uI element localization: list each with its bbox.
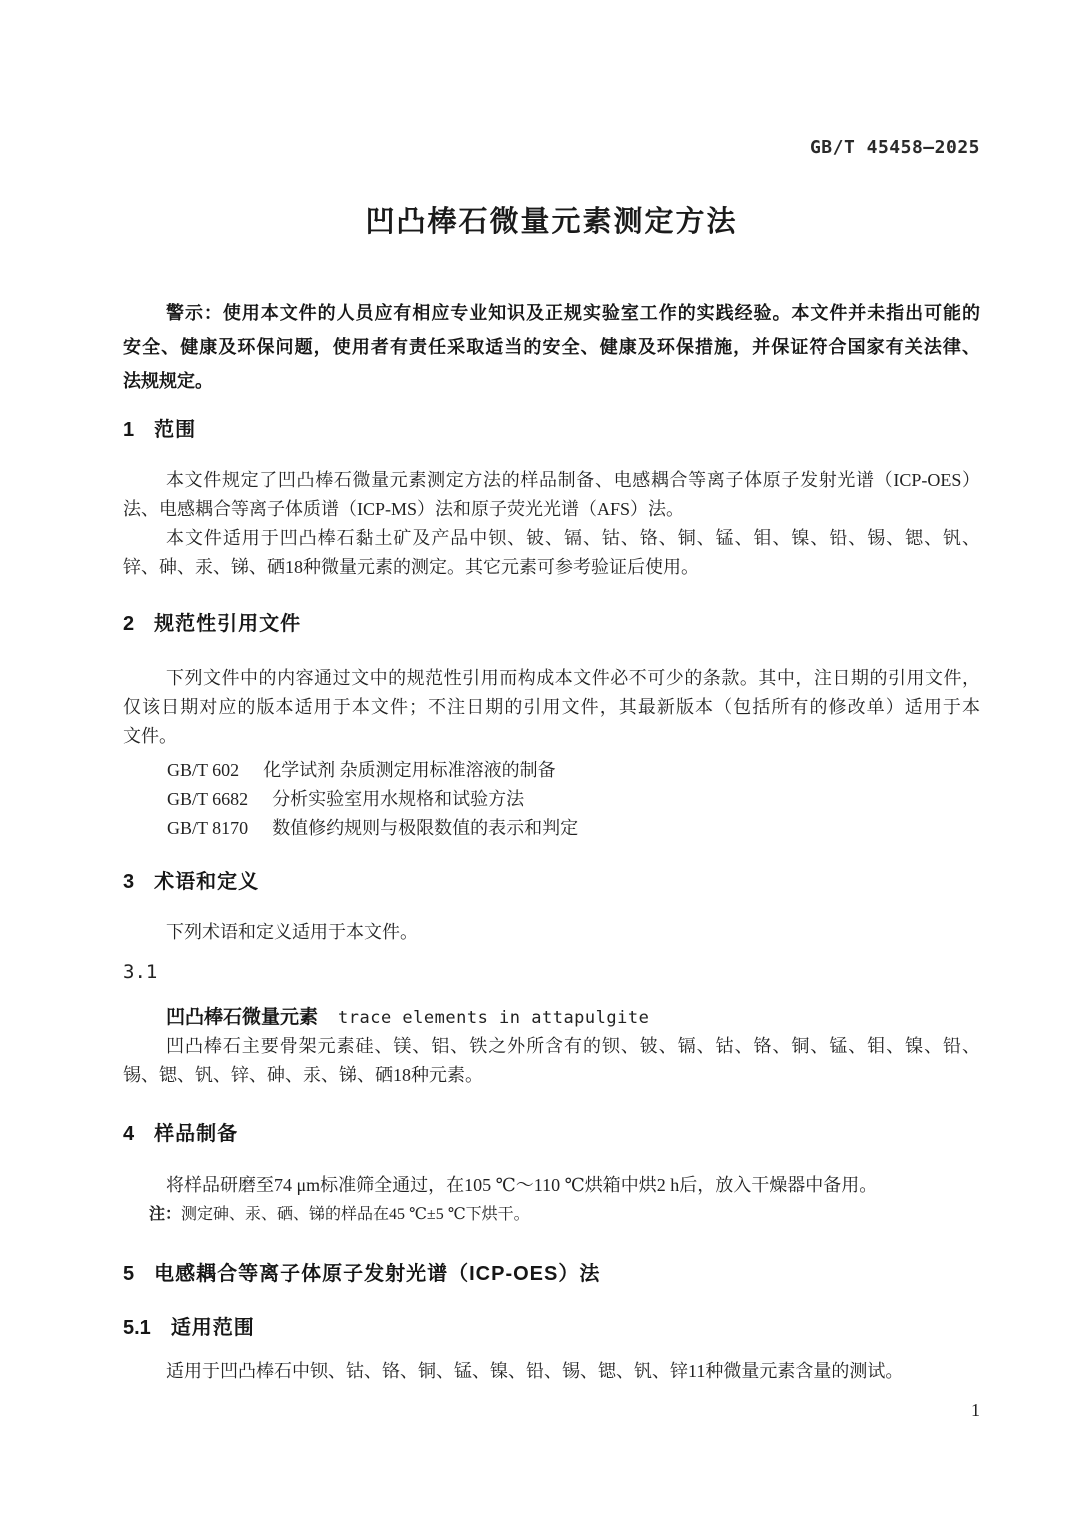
term-english: trace elements in attapulgite: [338, 1008, 649, 1028]
subsection-heading-applicable-scope: 5.1适用范围: [123, 1311, 980, 1340]
normative-ref-title: 分析实验室用水规格和试验方法: [272, 789, 524, 809]
paragraph-line: 法、电感耦合等离子体质谱（ICP-MS）法和原子荧光光谱（AFS）法。: [123, 495, 980, 524]
sample-preparation-paragraph: 将样品研磨至74 μm标准筛全通过，在105 ℃～110 ℃烘箱中烘2 h后，放…: [123, 1171, 980, 1200]
scope-paragraph-elements: 本文件适用于凹凸棒石黏土矿及产品中钡、铍、镉、钴、铬、铜、锰、钼、镍、铅、锡、锶…: [123, 524, 980, 582]
paragraph-line: 锡、锶、钒、锌、砷、汞、锑、硒18种元素。: [123, 1061, 980, 1090]
heading-number: 3: [123, 871, 134, 893]
icp-oes-scope-paragraph: 适用于凹凸棒石中钡、钴、铬、铜、锰、镍、铅、锡、锶、钒、锌11种微量元素含量的测…: [123, 1357, 980, 1386]
normative-ref-title: 化学试剂 杂质测定用标准溶液的制备: [263, 760, 556, 780]
scope-paragraph-methods: 本文件规定了凹凸棒石微量元素测定方法的样品制备、电感耦合等离子体原子发射光谱（I…: [123, 466, 980, 524]
paragraph-line: 下列术语和定义适用于本文件。: [123, 918, 980, 947]
paragraph-line: 本文件规定了凹凸棒石微量元素测定方法的样品制备、电感耦合等离子体原子发射光谱（I…: [123, 466, 980, 495]
terms-intro-paragraph: 下列术语和定义适用于本文件。: [123, 918, 980, 947]
heading-number: 1: [123, 419, 134, 441]
paragraph-line: 将样品研磨至74 μm标准筛全通过，在105 ℃～110 ℃烘箱中烘2 h后，放…: [123, 1171, 980, 1200]
standard-document-page: GB/T 45458—2025 凹凸棒石微量元素测定方法 警示：使用本文件的人员…: [0, 0, 1080, 1527]
normative-ref-item: GB/T 602化学试剂 杂质测定用标准溶液的制备: [123, 756, 980, 785]
heading-text: 样品制备: [154, 1123, 238, 1145]
heading-number: 5: [123, 1263, 134, 1285]
paragraph-line: 下列文件中的内容通过文中的规范性引用而构成本文件必不可少的条款。其中，注日期的引…: [123, 664, 980, 693]
paragraph-line: 适用于凹凸棒石中钡、钴、铬、铜、锰、镍、铅、锡、锶、钒、锌11种微量元素含量的测…: [123, 1357, 980, 1386]
normative-ref-code: GB/T 6682: [167, 789, 248, 809]
paragraph-line: 锌、砷、汞、锑、硒18种微量元素的测定。其它元素可参考验证后使用。: [123, 553, 980, 582]
warning-line: 安全、健康及环保问题，使用者有责任采取适当的安全、健康及环保措施，并保证符合国家…: [123, 330, 980, 364]
paragraph-line: 本文件适用于凹凸棒石黏土矿及产品中钡、铍、镉、钴、铬、铜、锰、钼、镍、铅、锡、锶…: [123, 524, 980, 553]
standard-number: GB/T 45458—2025: [810, 137, 980, 158]
heading-text: 规范性引用文件: [154, 613, 301, 635]
normative-ref-code: GB/T 602: [167, 760, 239, 780]
section-heading-icp-oes: 5电感耦合等离子体原子发射光谱（ICP-OES）法: [123, 1257, 980, 1286]
heading-number: 4: [123, 1123, 134, 1145]
normative-ref-code: GB/T 8170: [167, 818, 248, 838]
warning-line: 法规规定。: [123, 364, 980, 398]
clause-number: 3.1: [123, 961, 980, 983]
normative-ref-item: GB/T 8170数值修约规则与极限数值的表示和判定: [123, 814, 980, 843]
note-label: 注：: [149, 1206, 181, 1223]
note-text: 测定砷、汞、硒、锑的样品在45 ℃±5 ℃下烘干。: [181, 1206, 530, 1223]
sample-note: 注：测定砷、汞、硒、锑的样品在45 ℃±5 ℃下烘干。: [123, 1203, 1006, 1227]
heading-number: 2: [123, 613, 134, 635]
paragraph-line: 文件。: [123, 722, 980, 751]
section-heading-terms: 3术语和定义: [123, 865, 980, 894]
heading-text: 术语和定义: [154, 871, 259, 893]
normative-reference-list: GB/T 602化学试剂 杂质测定用标准溶液的制备 GB/T 6682分析实验室…: [123, 756, 980, 843]
section-heading-scope: 1范围: [123, 413, 980, 442]
normative-ref-title: 数值修约规则与极限数值的表示和判定: [272, 818, 578, 838]
warning-line: 警示：使用本文件的人员应有相应专业知识及正规实验室工作的实践经验。本文件并未指出…: [123, 296, 980, 330]
normative-paragraph: 下列文件中的内容通过文中的规范性引用而构成本文件必不可少的条款。其中，注日期的引…: [123, 664, 980, 751]
section-heading-sample-preparation: 4样品制备: [123, 1117, 980, 1146]
paragraph-line: 仅该日期对应的版本适用于本文件；不注日期的引用文件，其最新版本（包括所有的修改单…: [123, 693, 980, 722]
warning-paragraph: 警示：使用本文件的人员应有相应专业知识及正规实验室工作的实践经验。本文件并未指出…: [123, 296, 980, 398]
term-entry: 凹凸棒石微量元素trace elements in attapulgite: [123, 1002, 1023, 1029]
term-chinese: 凹凸棒石微量元素: [166, 1007, 318, 1028]
document-title: 凹凸棒石微量元素测定方法: [123, 199, 980, 240]
term-definition: 凹凸棒石主要骨架元素硅、镁、铝、铁之外所含有的钡、铍、镉、钴、铬、铜、锰、钼、镍…: [123, 1032, 980, 1090]
normative-ref-item: GB/T 6682分析实验室用水规格和试验方法: [123, 785, 980, 814]
paragraph-line: 凹凸棒石主要骨架元素硅、镁、铝、铁之外所含有的钡、铍、镉、钴、铬、铜、锰、钼、镍…: [123, 1032, 980, 1061]
heading-text: 适用范围: [171, 1317, 255, 1339]
section-heading-normative-references: 2规范性引用文件: [123, 607, 980, 636]
heading-text: 范围: [154, 419, 196, 441]
page-number: 1: [971, 1400, 980, 1421]
heading-text: 电感耦合等离子体原子发射光谱（ICP-OES）法: [154, 1263, 600, 1285]
heading-number: 5.1: [123, 1317, 151, 1339]
